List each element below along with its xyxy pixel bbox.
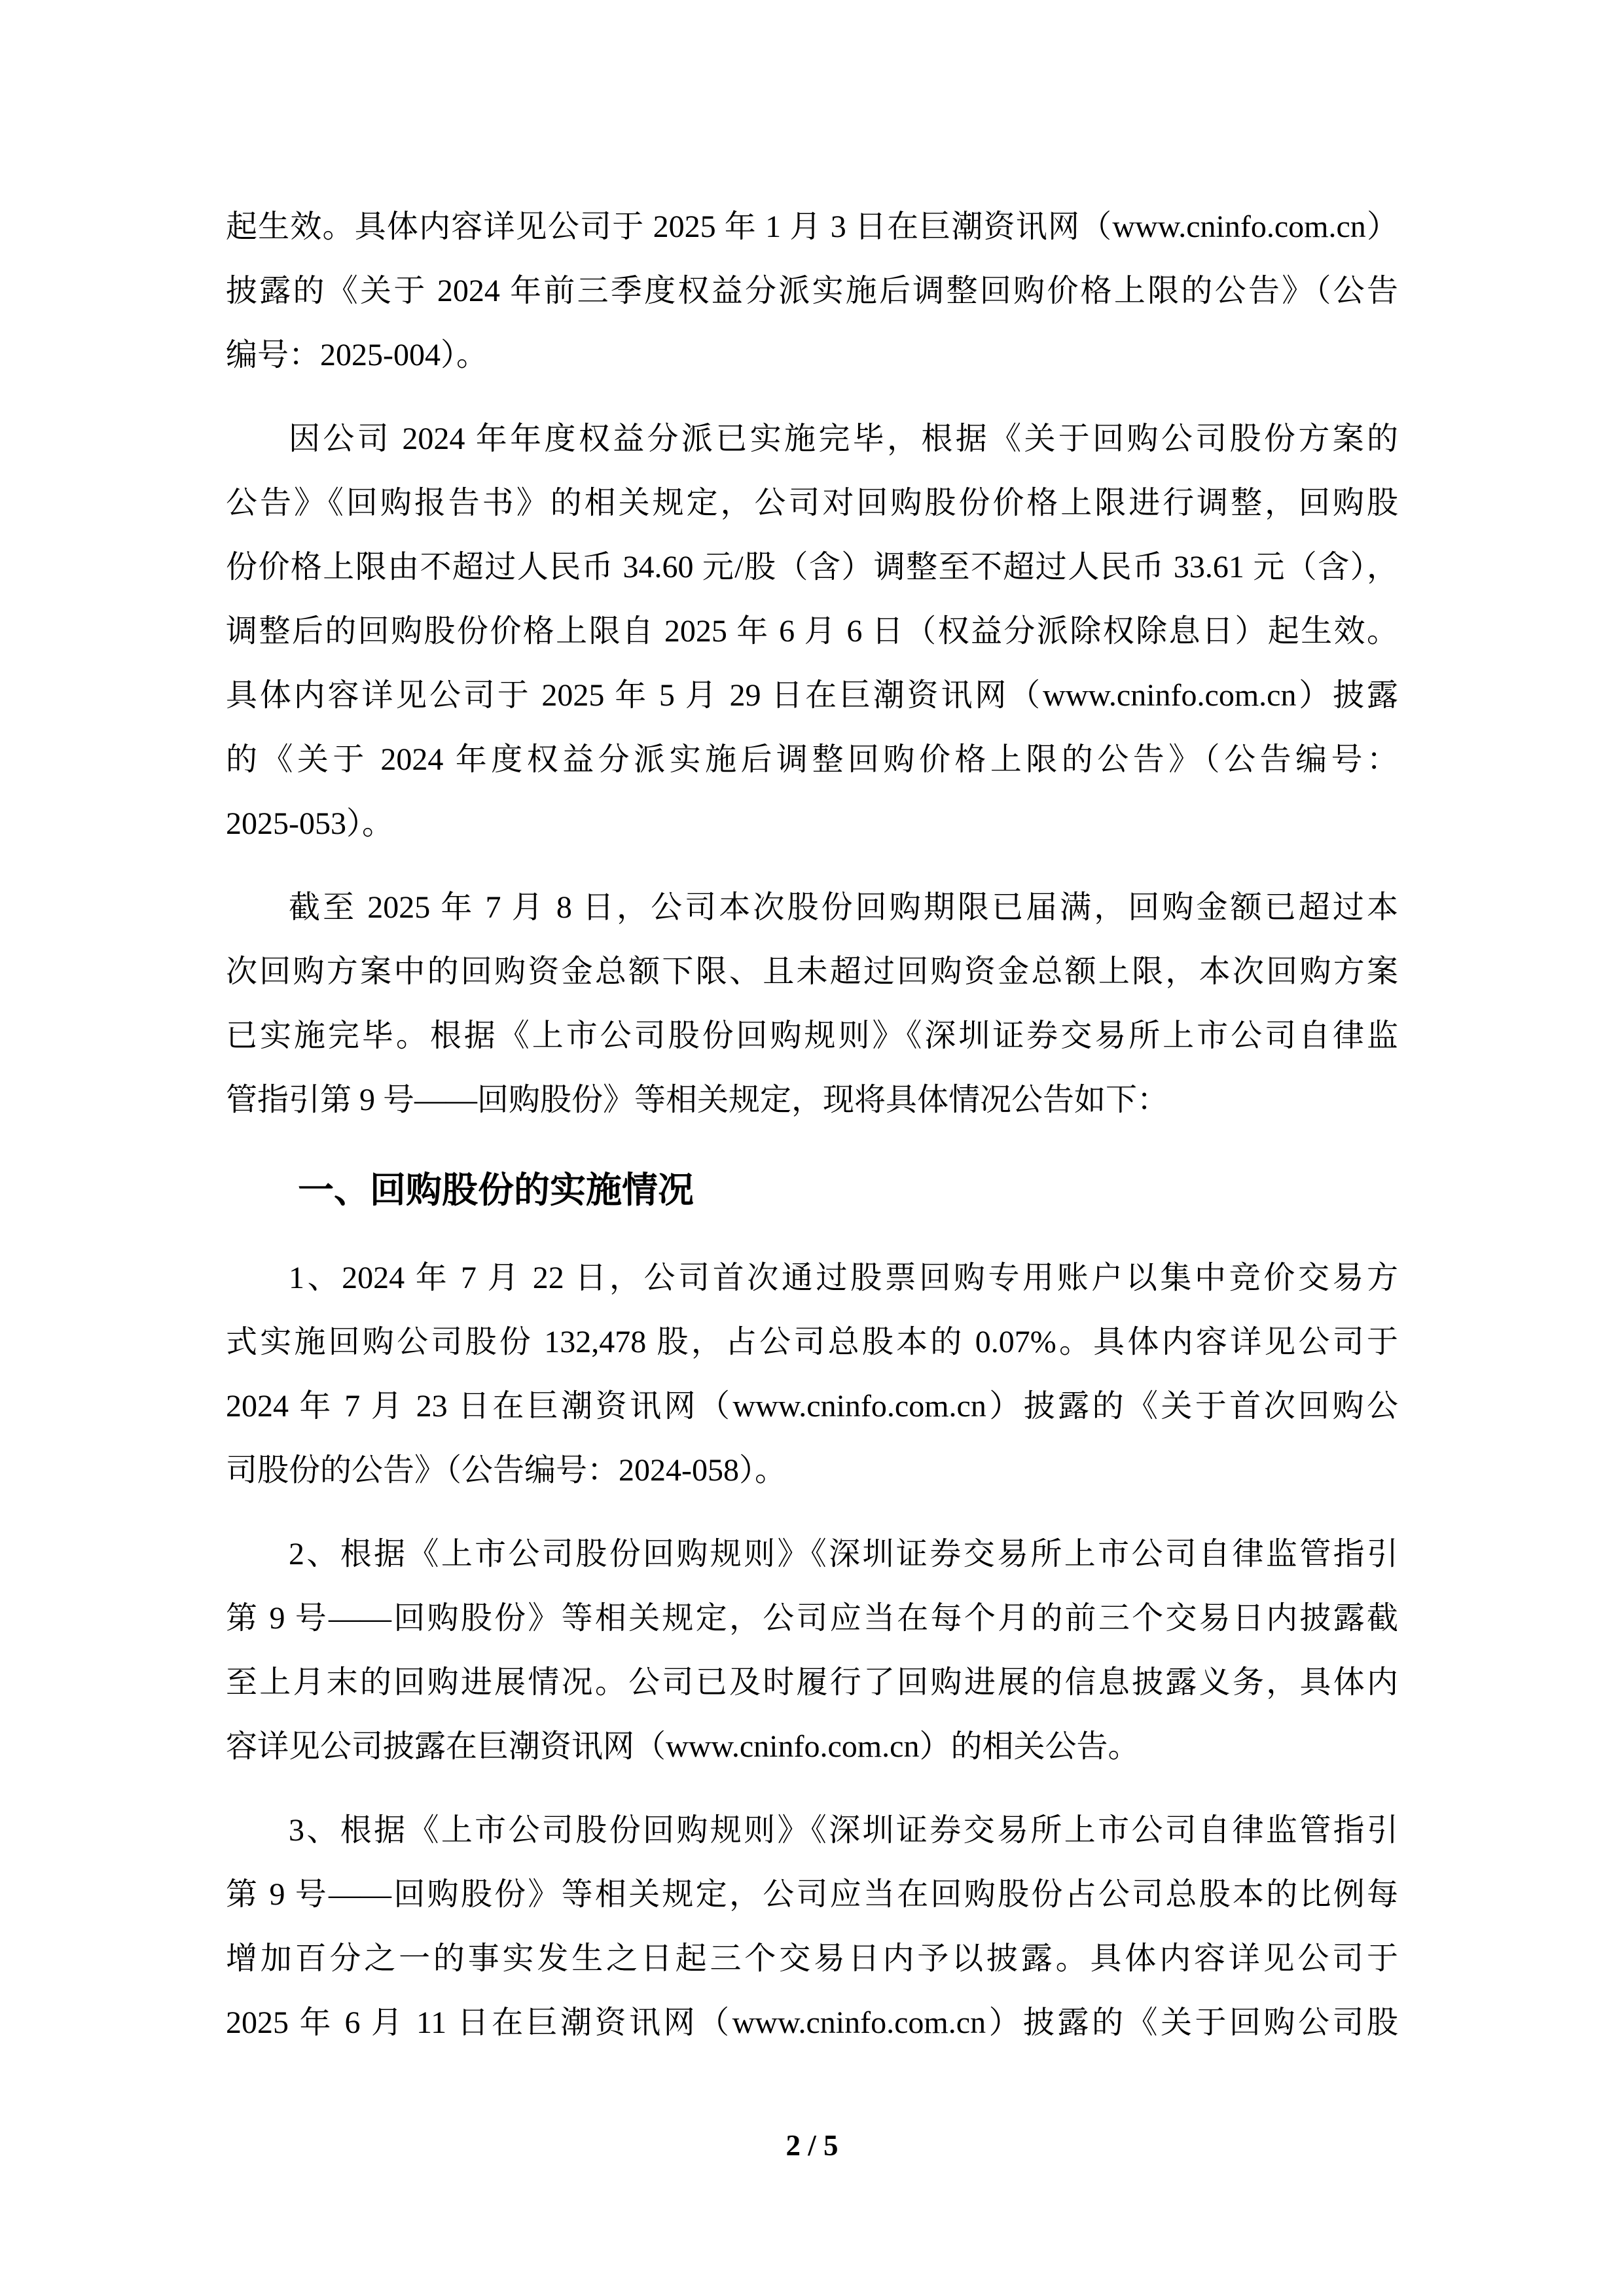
text-line: 式实施回购公司股份 132,478 股，占公司总股本的 0.07%。具体内容详见… xyxy=(226,1310,1398,1374)
text-line: 具体内容详见公司于 2025 年 5 月 29 日在巨潮资讯网（www.cnin… xyxy=(226,664,1398,728)
text-line: 份价格上限由不超过人民币 34.60 元/股（含）调整至不超过人民币 33.61… xyxy=(226,535,1398,600)
paragraph: 因公司 2024 年年度权益分派已实施完毕，根据《关于回购公司股份方案的公告》《… xyxy=(226,407,1398,856)
text-line: 2025-053）。 xyxy=(226,792,1398,856)
paragraph: 3、根据《上市公司股份回购规则》《深圳证券交易所上市公司自律监管指引第 9 号—… xyxy=(226,1799,1398,2055)
paragraph: 截至 2025 年 7 月 8 日，公司本次股份回购期限已届满，回购金额已超过本… xyxy=(226,876,1398,1132)
text-line: 截至 2025 年 7 月 8 日，公司本次股份回购期限已届满，回购金额已超过本 xyxy=(226,876,1398,940)
document-page: 起生效。具体内容详见公司于 2025 年 1 月 3 日在巨潮资讯网（www.c… xyxy=(0,0,1624,2296)
section-heading: 一、回购股份的实施情况 xyxy=(226,1158,1398,1223)
text-line: 1、2024 年 7 月 22 日，公司首次通过股票回购专用账户以集中竞价交易方 xyxy=(226,1246,1398,1310)
text-line: 第 9 号——回购股份》等相关规定，公司应当在回购股份占公司总股本的比例每 xyxy=(226,1863,1398,1927)
text-line: 至上月末的回购进展情况。公司已及时履行了回购进展的信息披露义务，具体内 xyxy=(226,1651,1398,1715)
text-line: 编号：2025-004）。 xyxy=(226,323,1398,387)
text-line: 第 9 号——回购股份》等相关规定，公司应当在每个月的前三个交易日内披露截 xyxy=(226,1587,1398,1651)
text-line: 已实施完毕。根据《上市公司股份回购规则》《深圳证券交易所上市公司自律监 xyxy=(226,1004,1398,1068)
paragraph: 起生效。具体内容详见公司于 2025 年 1 月 3 日在巨潮资讯网（www.c… xyxy=(226,195,1398,387)
text-line: 2、根据《上市公司股份回购规则》《深圳证券交易所上市公司自律监管指引 xyxy=(226,1522,1398,1587)
text-line: 2024 年 7 月 23 日在巨潮资讯网（www.cninfo.com.cn）… xyxy=(226,1374,1398,1439)
text-line: 司股份的公告》（公告编号：2024-058）。 xyxy=(226,1439,1398,1503)
text-line: 次回购方案中的回购资金总额下限、且未超过回购资金总额上限，本次回购方案 xyxy=(226,940,1398,1004)
document-body: 起生效。具体内容详见公司于 2025 年 1 月 3 日在巨潮资讯网（www.c… xyxy=(226,195,1398,2075)
page-number: 2 / 5 xyxy=(0,2128,1624,2162)
text-line: 公告》《回购报告书》的相关规定，公司对回购股份价格上限进行调整，回购股 xyxy=(226,471,1398,535)
paragraph: 2、根据《上市公司股份回购规则》《深圳证券交易所上市公司自律监管指引第 9 号—… xyxy=(226,1522,1398,1779)
text-line: 3、根据《上市公司股份回购规则》《深圳证券交易所上市公司自律监管指引 xyxy=(226,1799,1398,1863)
paragraph: 1、2024 年 7 月 22 日，公司首次通过股票回购专用账户以集中竞价交易方… xyxy=(226,1246,1398,1503)
text-line: 容详见公司披露在巨潮资讯网（www.cninfo.com.cn）的相关公告。 xyxy=(226,1715,1398,1779)
text-line: 起生效。具体内容详见公司于 2025 年 1 月 3 日在巨潮资讯网（www.c… xyxy=(226,195,1398,259)
text-line: 增加百分之一的事实发生之日起三个交易日内予以披露。具体内容详见公司于 xyxy=(226,1927,1398,1991)
text-line: 因公司 2024 年年度权益分派已实施完毕，根据《关于回购公司股份方案的 xyxy=(226,407,1398,471)
text-line: 的《关于 2024 年度权益分派实施后调整回购价格上限的公告》（公告编号： xyxy=(226,728,1398,792)
text-line: 管指引第 9 号——回购股份》等相关规定，现将具体情况公告如下： xyxy=(226,1068,1398,1132)
text-line: 调整后的回购股份价格上限自 2025 年 6 月 6 日（权益分派除权除息日）起… xyxy=(226,600,1398,664)
text-line: 披露的《关于 2024 年前三季度权益分派实施后调整回购价格上限的公告》（公告 xyxy=(226,259,1398,323)
text-line: 2025 年 6 月 11 日在巨潮资讯网（www.cninfo.com.cn）… xyxy=(226,1991,1398,2055)
